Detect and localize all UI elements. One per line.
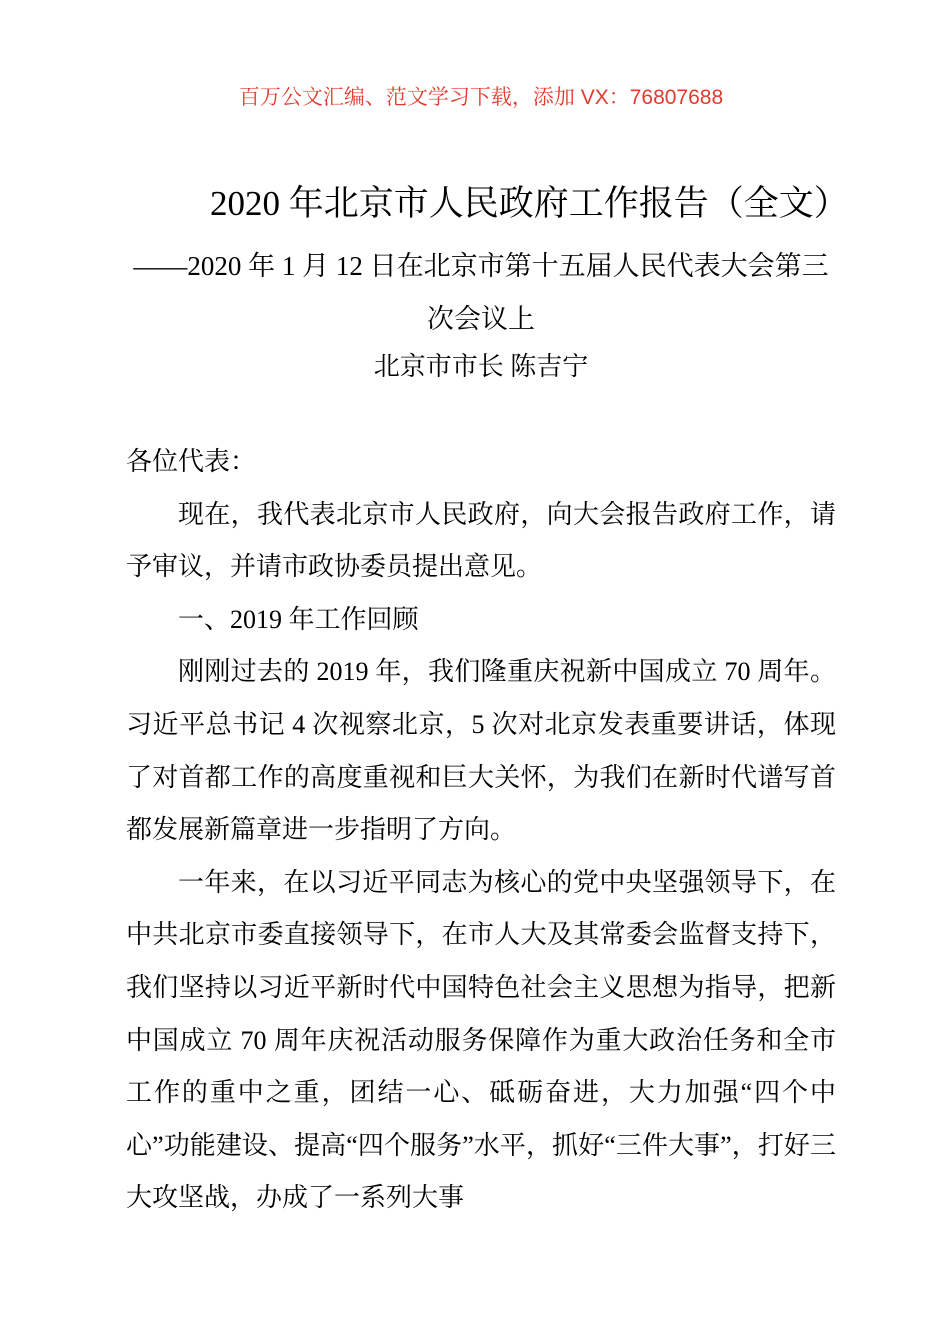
document-title: 2020 年北京市人民政府工作报告（全文） xyxy=(126,180,836,227)
document-subtitle: ——2020 年 1 月 12 日在北京市第十五届人民代表大会第三次会议上 xyxy=(126,240,836,346)
document-body: 各位代表： 现在，我代表北京市人民政府，向大会报告政府工作，请予审议，并请市政协… xyxy=(126,436,836,1225)
paragraph-report-opening: 现在，我代表北京市人民政府，向大会报告政府工作，请予审议，并请市政协委员提出意见… xyxy=(126,489,836,594)
paragraph-year-summary: 一年来，在以习近平同志为核心的党中央坚强领导下，在中共北京市委直接领导下，在市人… xyxy=(126,857,836,1225)
watermark-banner: 百万公文汇编、范文学习下载，添加 VX：76807688 xyxy=(126,86,836,110)
document-byline: 北京市市长 陈吉宁 xyxy=(126,346,836,388)
document-page: 百万公文汇编、范文学习下载，添加 VX：76807688 2020 年北京市人民… xyxy=(0,0,950,1344)
section-heading-2019-review: 一、2019 年工作回顾 xyxy=(126,594,836,647)
paragraph-70th-anniversary: 刚刚过去的 2019 年，我们隆重庆祝新中国成立 70 周年。习近平总书记 4 … xyxy=(126,646,836,856)
salutation: 各位代表： xyxy=(126,436,836,489)
